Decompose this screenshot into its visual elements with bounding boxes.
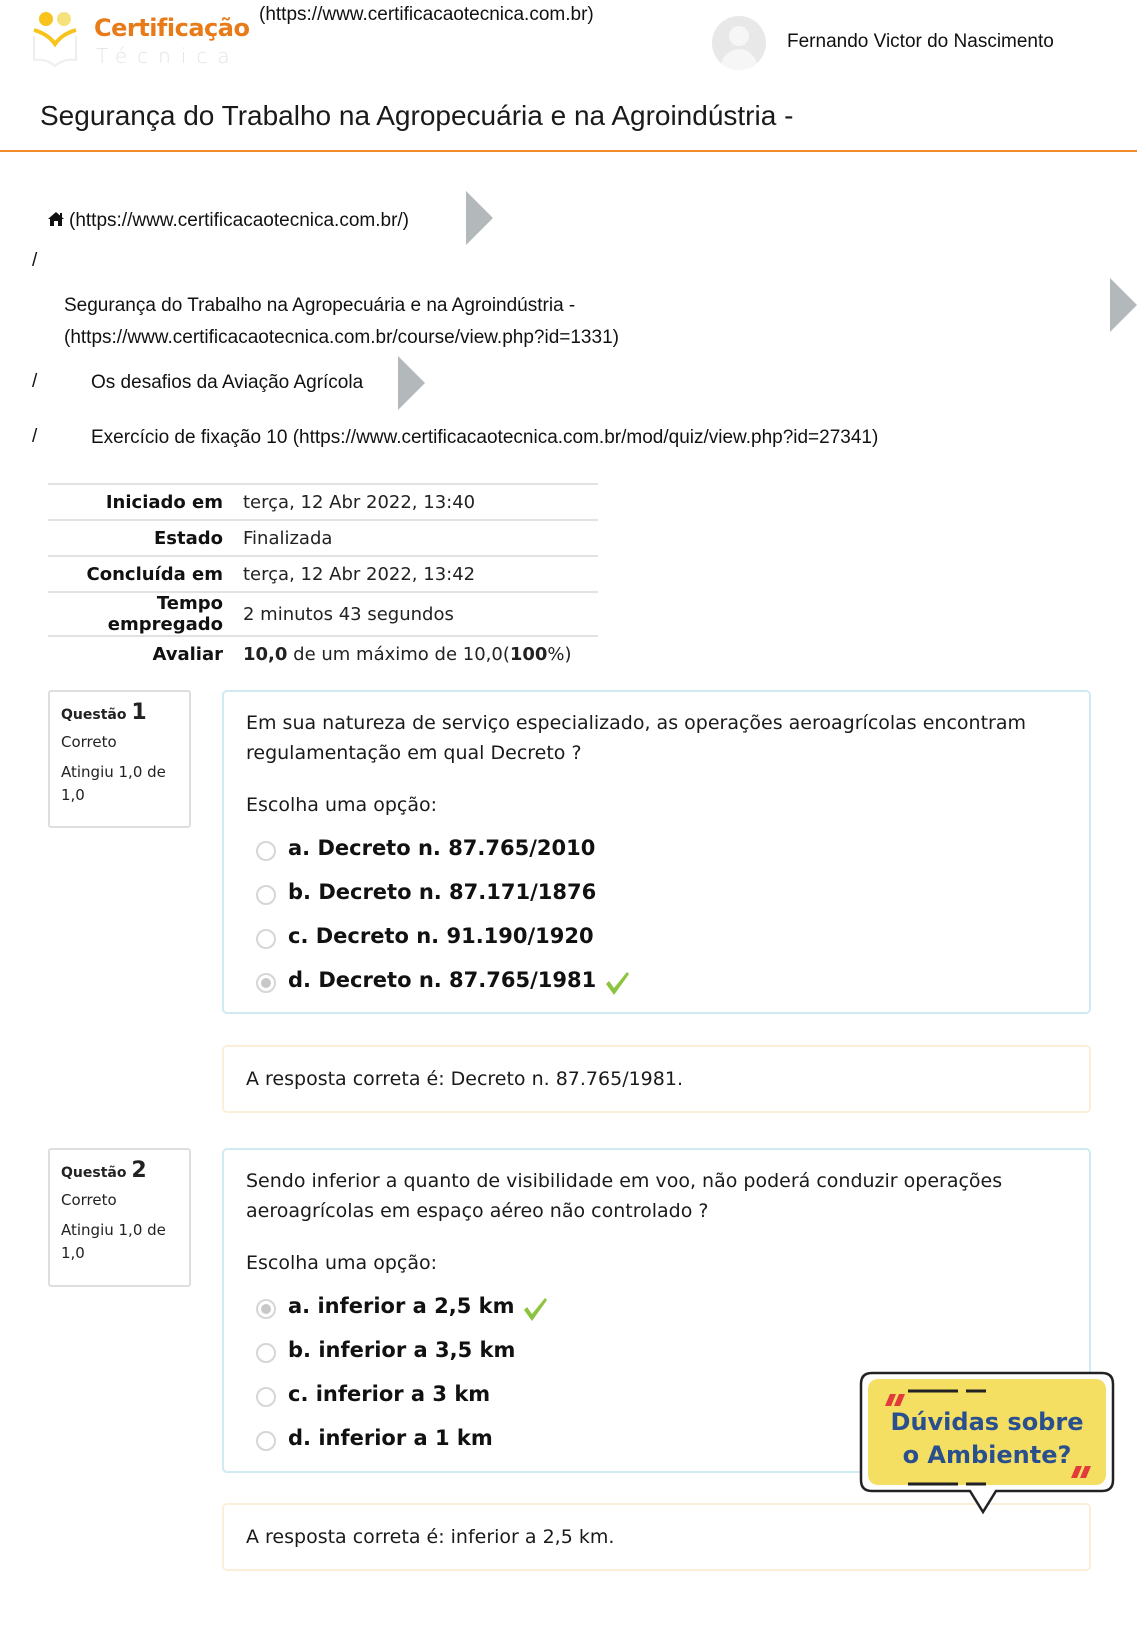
radio-unselected[interactable] <box>256 1431 276 1451</box>
radio-selected[interactable] <box>256 973 276 993</box>
question-label: Questão <box>61 707 126 723</box>
radio-unselected[interactable] <box>256 929 276 949</box>
breadcrumb-course-title: Segurança do Trabalho na Agropecuária e … <box>64 290 619 322</box>
logo-brand-text: Certificação <box>94 14 249 42</box>
title-divider <box>0 150 1137 152</box>
summary-label: Concluída em <box>48 556 243 592</box>
breadcrumb-course-url: (https://www.certificacaotecnica.com.br/… <box>64 322 619 354</box>
breadcrumb-separator: / <box>32 426 37 448</box>
answer-option-label: b. Decreto n. 87.171/1876 <box>288 880 596 904</box>
summary-row: Tempo empregado 2 minutos 43 segundos <box>48 592 598 636</box>
answer-option[interactable]: b. inferior a 3,5 km <box>246 1328 1067 1372</box>
answer-option[interactable]: a. inferior a 2,5 km <box>246 1284 1067 1328</box>
question-text: Em sua natureza de serviço especializado… <box>246 708 1067 768</box>
choose-option-prompt: Escolha uma opção: <box>246 794 1067 816</box>
breadcrumb-quiz[interactable]: Exercício de fixação 10 (https://www.cer… <box>91 422 878 454</box>
answer-option-label: c. Decreto n. 91.190/1920 <box>288 924 594 948</box>
breadcrumb-separator: / <box>32 371 37 393</box>
answer-option-label: c. inferior a 3 km <box>288 1382 490 1406</box>
avatar-head-shape <box>729 26 749 46</box>
correct-check-icon <box>522 1296 548 1322</box>
question-grade: Atingiu 1,0 de 1,0 <box>61 761 179 807</box>
summary-value: terça, 12 Abr 2022, 13:40 <box>243 484 598 520</box>
answer-option[interactable]: c. Decreto n. 91.190/1920 <box>246 914 1067 958</box>
grade-mid-text: de um máximo de 10,0( <box>287 644 509 665</box>
summary-grade-value: 10,0 de um máximo de 10,0(100%) <box>243 636 598 672</box>
question-number-value: 2 <box>131 1158 146 1183</box>
answer-option-label: d. inferior a 1 km <box>288 1426 493 1450</box>
question-number-value: 1 <box>131 700 146 725</box>
summary-label: Tempo empregado <box>48 592 243 636</box>
question-1-info: Questão 1 Correto Atingiu 1,0 de 1,0 <box>48 690 191 828</box>
help-line-2: o Ambiente? <box>858 1439 1116 1472</box>
radio-unselected[interactable] <box>256 1343 276 1363</box>
help-bubble-text: Dúvidas sobre o Ambiente? <box>858 1406 1116 1472</box>
user-avatar[interactable] <box>712 16 766 70</box>
home-icon <box>47 211 65 227</box>
summary-row: Estado Finalizada <box>48 520 598 556</box>
breadcrumb-section[interactable]: Os desafios da Aviação Agrícola <box>91 367 363 399</box>
answer-options: a. Decreto n. 87.765/2010b. Decreto n. 8… <box>246 826 1067 1002</box>
radio-selected[interactable] <box>256 1299 276 1319</box>
grade-score: 10,0 <box>243 644 287 665</box>
summary-value: terça, 12 Abr 2022, 13:42 <box>243 556 598 592</box>
answer-option-label: a. Decreto n. 87.765/2010 <box>288 836 595 860</box>
question-2-info: Questão 2 Correto Atingiu 1,0 de 1,0 <box>48 1148 191 1287</box>
answer-option-label: d. Decreto n. 87.765/1981 <box>288 968 596 992</box>
avatar-body-shape <box>721 49 757 70</box>
logo-sub-text: Técnica <box>96 44 240 68</box>
answer-option[interactable]: a. Decreto n. 87.765/2010 <box>246 826 1067 870</box>
question-1-feedback: A resposta correta é: Decreto n. 87.765/… <box>222 1045 1091 1113</box>
breadcrumb-separator: / <box>32 250 37 272</box>
choose-option-prompt: Escolha uma opção: <box>246 1252 1067 1274</box>
breadcrumb-arrow-icon <box>1110 278 1137 332</box>
grade-percent: 100 <box>510 644 548 665</box>
question-1-content: Em sua natureza de serviço especializado… <box>222 690 1091 1014</box>
summary-row: Iniciado em terça, 12 Abr 2022, 13:40 <box>48 484 598 520</box>
question-number: Questão 1 <box>61 700 179 725</box>
summary-label: Estado <box>48 520 243 556</box>
breadcrumb-home[interactable]: (https://www.certificacaotecnica.com.br/… <box>47 205 409 237</box>
attempt-summary-table: Iniciado em terça, 12 Abr 2022, 13:40 Es… <box>48 483 598 672</box>
question-state: Correto <box>61 1191 179 1209</box>
breadcrumb-arrow-icon <box>466 191 493 245</box>
breadcrumb-arrow-icon <box>398 356 425 410</box>
page-title: Segurança do Trabalho na Agropecuária e … <box>40 100 793 132</box>
radio-unselected[interactable] <box>256 885 276 905</box>
correct-check-icon <box>604 970 630 996</box>
grade-end-text: %) <box>547 644 571 665</box>
help-bubble-button[interactable]: Dúvidas sobre o Ambiente? <box>858 1370 1116 1515</box>
summary-label: Iniciado em <box>48 484 243 520</box>
radio-unselected[interactable] <box>256 841 276 861</box>
summary-label: Avaliar <box>48 636 243 672</box>
answer-option[interactable]: b. Decreto n. 87.171/1876 <box>246 870 1067 914</box>
logo-book-icon <box>30 10 90 68</box>
summary-value: Finalizada <box>243 520 598 556</box>
question-label: Questão <box>61 1165 126 1181</box>
question-grade: Atingiu 1,0 de 1,0 <box>61 1219 179 1265</box>
help-line-1: Dúvidas sobre <box>858 1406 1116 1439</box>
user-name[interactable]: Fernando Victor do Nascimento <box>787 31 1054 53</box>
answer-option-label: b. inferior a 3,5 km <box>288 1338 515 1362</box>
summary-row: Avaliar 10,0 de um máximo de 10,0(100%) <box>48 636 598 672</box>
site-logo[interactable]: Certificação Técnica <box>30 8 255 70</box>
answer-option[interactable]: d. Decreto n. 87.765/1981 <box>246 958 1067 1002</box>
radio-unselected[interactable] <box>256 1387 276 1407</box>
breadcrumb-course[interactable]: Segurança do Trabalho na Agropecuária e … <box>64 290 619 354</box>
breadcrumb-home-label: (https://www.certificacaotecnica.com.br/… <box>69 210 409 231</box>
site-home-link[interactable]: (https://www.certificacaotecnica.com.br) <box>259 4 594 26</box>
summary-value: 2 minutos 43 segundos <box>243 592 598 636</box>
question-text: Sendo inferior a quanto de visibilidade … <box>246 1166 1067 1226</box>
summary-row: Concluída em terça, 12 Abr 2022, 13:42 <box>48 556 598 592</box>
question-state: Correto <box>61 733 179 751</box>
question-number: Questão 2 <box>61 1158 179 1183</box>
answer-option-label: a. inferior a 2,5 km <box>288 1294 514 1318</box>
